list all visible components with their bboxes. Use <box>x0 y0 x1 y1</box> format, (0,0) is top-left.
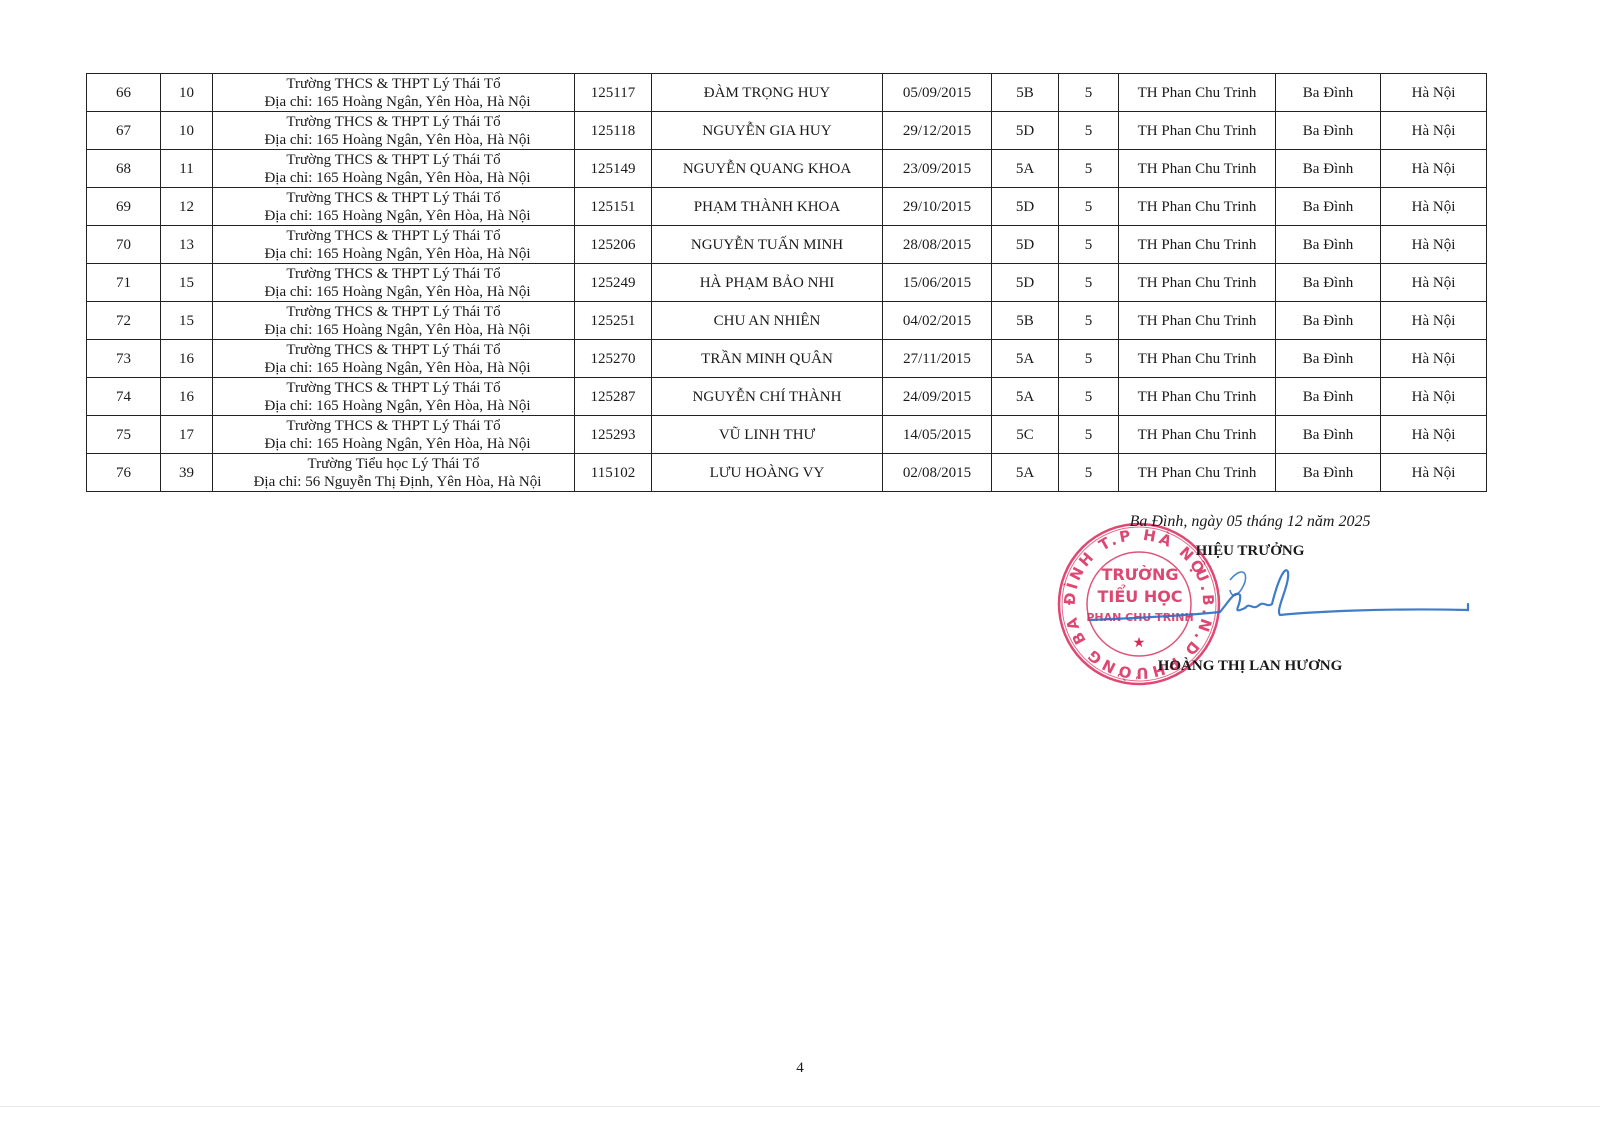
exam-room: 16 <box>161 340 213 378</box>
student-roster-table: 66 10 Trường THCS & THPT Lý Thái Tổ Địa … <box>86 73 1487 492</box>
student-name: NGUYỄN GIA HUY <box>652 112 883 150</box>
province: Hà Nội <box>1381 454 1487 492</box>
primary-school: TH Phan Chu Trinh <box>1119 264 1276 302</box>
class: 5A <box>992 340 1059 378</box>
district: Ba Đình <box>1276 264 1381 302</box>
province: Hà Nội <box>1381 340 1487 378</box>
table-row: 66 10 Trường THCS & THPT Lý Thái Tổ Địa … <box>87 74 1487 112</box>
date-of-birth: 14/05/2015 <box>883 416 992 454</box>
scan-edge <box>0 1106 1600 1107</box>
date-of-birth: 23/09/2015 <box>883 150 992 188</box>
date-of-birth: 27/11/2015 <box>883 340 992 378</box>
row-number: 73 <box>87 340 161 378</box>
date-of-birth: 28/08/2015 <box>883 226 992 264</box>
table-row: 71 15 Trường THCS & THPT Lý Thái Tổ Địa … <box>87 264 1487 302</box>
exam-venue: Trường THCS & THPT Lý Thái Tổ Địa chỉ: 1… <box>213 378 575 416</box>
grade-level: 5 <box>1059 226 1119 264</box>
exam-venue: Trường THCS & THPT Lý Thái Tổ Địa chỉ: 1… <box>213 302 575 340</box>
venue-address: Địa chỉ: 165 Hoàng Ngân, Yên Hòa, Hà Nội <box>213 283 574 301</box>
district: Ba Đình <box>1276 226 1381 264</box>
venue-name: Trường Tiểu học Lý Thái Tổ <box>213 455 574 473</box>
exam-room: 15 <box>161 302 213 340</box>
venue-name: Trường THCS & THPT Lý Thái Tổ <box>213 151 574 169</box>
date-of-birth: 29/10/2015 <box>883 188 992 226</box>
province: Hà Nội <box>1381 112 1487 150</box>
class: 5C <box>992 416 1059 454</box>
page-number: 4 <box>790 1060 810 1077</box>
exam-room: 15 <box>161 264 213 302</box>
class: 5A <box>992 150 1059 188</box>
province: Hà Nội <box>1381 416 1487 454</box>
exam-venue: Trường THCS & THPT Lý Thái Tổ Địa chỉ: 1… <box>213 264 575 302</box>
student-id: 125270 <box>575 340 652 378</box>
province: Hà Nội <box>1381 302 1487 340</box>
table-row: 67 10 Trường THCS & THPT Lý Thái Tổ Địa … <box>87 112 1487 150</box>
district: Ba Đình <box>1276 454 1381 492</box>
student-id: 125117 <box>575 74 652 112</box>
roster-body: 66 10 Trường THCS & THPT Lý Thái Tổ Địa … <box>87 74 1487 492</box>
district: Ba Đình <box>1276 150 1381 188</box>
grade-level: 5 <box>1059 264 1119 302</box>
district: Ba Đình <box>1276 74 1381 112</box>
row-number: 68 <box>87 150 161 188</box>
student-id: 125251 <box>575 302 652 340</box>
student-name: CHU AN NHIÊN <box>652 302 883 340</box>
province: Hà Nội <box>1381 150 1487 188</box>
primary-school: TH Phan Chu Trinh <box>1119 378 1276 416</box>
table-row: 72 15 Trường THCS & THPT Lý Thái Tổ Địa … <box>87 302 1487 340</box>
date-of-birth: 05/09/2015 <box>883 74 992 112</box>
grade-level: 5 <box>1059 74 1119 112</box>
class: 5A <box>992 378 1059 416</box>
date-of-birth: 24/09/2015 <box>883 378 992 416</box>
exam-venue: Trường THCS & THPT Lý Thái Tổ Địa chỉ: 1… <box>213 340 575 378</box>
primary-school: TH Phan Chu Trinh <box>1119 112 1276 150</box>
class: 5D <box>992 226 1059 264</box>
date-of-birth: 02/08/2015 <box>883 454 992 492</box>
table-row: 74 16 Trường THCS & THPT Lý Thái Tổ Địa … <box>87 378 1487 416</box>
signer-title: HIỆU TRƯỞNG <box>1090 543 1410 560</box>
exam-venue: Trường THCS & THPT Lý Thái Tổ Địa chỉ: 1… <box>213 112 575 150</box>
row-number: 66 <box>87 74 161 112</box>
venue-address: Địa chỉ: 165 Hoàng Ngân, Yên Hòa, Hà Nội <box>213 93 574 111</box>
district: Ba Đình <box>1276 378 1381 416</box>
grade-level: 5 <box>1059 378 1119 416</box>
district: Ba Đình <box>1276 112 1381 150</box>
province: Hà Nội <box>1381 74 1487 112</box>
grade-level: 5 <box>1059 150 1119 188</box>
venue-name: Trường THCS & THPT Lý Thái Tổ <box>213 227 574 245</box>
venue-name: Trường THCS & THPT Lý Thái Tổ <box>213 303 574 321</box>
primary-school: TH Phan Chu Trinh <box>1119 302 1276 340</box>
student-name: NGUYỄN TUẤN MINH <box>652 226 883 264</box>
student-name: NGUYỄN QUANG KHOA <box>652 150 883 188</box>
venue-name: Trường THCS & THPT Lý Thái Tổ <box>213 341 574 359</box>
province: Hà Nội <box>1381 226 1487 264</box>
exam-room: 11 <box>161 150 213 188</box>
class: 5D <box>992 188 1059 226</box>
primary-school: TH Phan Chu Trinh <box>1119 454 1276 492</box>
student-name: TRẦN MINH QUÂN <box>652 340 883 378</box>
venue-address: Địa chỉ: 56 Nguyễn Thị Định, Yên Hòa, Hà… <box>213 473 574 491</box>
venue-address: Địa chỉ: 165 Hoàng Ngân, Yên Hòa, Hà Nội <box>213 435 574 453</box>
primary-school: TH Phan Chu Trinh <box>1119 416 1276 454</box>
exam-room: 13 <box>161 226 213 264</box>
student-id: 125149 <box>575 150 652 188</box>
venue-name: Trường THCS & THPT Lý Thái Tổ <box>213 75 574 93</box>
venue-name: Trường THCS & THPT Lý Thái Tổ <box>213 417 574 435</box>
date-of-birth: 15/06/2015 <box>883 264 992 302</box>
province: Hà Nội <box>1381 188 1487 226</box>
student-name: LƯU HOÀNG VY <box>652 454 883 492</box>
signer-name: HOÀNG THỊ LAN HƯƠNG <box>1090 658 1410 675</box>
table-row: 70 13 Trường THCS & THPT Lý Thái Tổ Địa … <box>87 226 1487 264</box>
class: 5B <box>992 74 1059 112</box>
district: Ba Đình <box>1276 302 1381 340</box>
primary-school: TH Phan Chu Trinh <box>1119 150 1276 188</box>
class: 5D <box>992 112 1059 150</box>
venue-name: Trường THCS & THPT Lý Thái Tổ <box>213 189 574 207</box>
grade-level: 5 <box>1059 340 1119 378</box>
date-of-birth: 29/12/2015 <box>883 112 992 150</box>
exam-venue: Trường THCS & THPT Lý Thái Tổ Địa chỉ: 1… <box>213 416 575 454</box>
grade-level: 5 <box>1059 112 1119 150</box>
student-name: VŨ LINH THƯ <box>652 416 883 454</box>
venue-address: Địa chỉ: 165 Hoàng Ngân, Yên Hòa, Hà Nội <box>213 321 574 339</box>
row-number: 67 <box>87 112 161 150</box>
district: Ba Đình <box>1276 340 1381 378</box>
grade-level: 5 <box>1059 302 1119 340</box>
exam-venue: Trường THCS & THPT Lý Thái Tổ Địa chỉ: 1… <box>213 188 575 226</box>
venue-address: Địa chỉ: 165 Hoàng Ngân, Yên Hòa, Hà Nội <box>213 245 574 263</box>
place-date: Ba Đình, ngày 05 tháng 12 năm 2025 <box>1090 513 1410 531</box>
province: Hà Nội <box>1381 378 1487 416</box>
table-row: 69 12 Trường THCS & THPT Lý Thái Tổ Địa … <box>87 188 1487 226</box>
grade-level: 5 <box>1059 454 1119 492</box>
province: Hà Nội <box>1381 264 1487 302</box>
class: 5A <box>992 454 1059 492</box>
primary-school: TH Phan Chu Trinh <box>1119 340 1276 378</box>
row-number: 69 <box>87 188 161 226</box>
table-row: 68 11 Trường THCS & THPT Lý Thái Tổ Địa … <box>87 150 1487 188</box>
student-id: 125249 <box>575 264 652 302</box>
student-id: 125287 <box>575 378 652 416</box>
class: 5D <box>992 264 1059 302</box>
venue-name: Trường THCS & THPT Lý Thái Tổ <box>213 379 574 397</box>
row-number: 75 <box>87 416 161 454</box>
primary-school: TH Phan Chu Trinh <box>1119 188 1276 226</box>
handwritten-signature-icon <box>1080 560 1470 630</box>
row-number: 76 <box>87 454 161 492</box>
exam-room: 17 <box>161 416 213 454</box>
exam-venue: Trường Tiểu học Lý Thái Tổ Địa chỉ: 56 N… <box>213 454 575 492</box>
student-name: PHẠM THÀNH KHOA <box>652 188 883 226</box>
row-number: 71 <box>87 264 161 302</box>
student-name: ĐÀM TRỌNG HUY <box>652 74 883 112</box>
grade-level: 5 <box>1059 188 1119 226</box>
student-id: 125206 <box>575 226 652 264</box>
student-id: 125151 <box>575 188 652 226</box>
document-page: 66 10 Trường THCS & THPT Lý Thái Tổ Địa … <box>0 0 1600 1131</box>
exam-venue: Trường THCS & THPT Lý Thái Tổ Địa chỉ: 1… <box>213 74 575 112</box>
district: Ba Đình <box>1276 188 1381 226</box>
student-id: 125118 <box>575 112 652 150</box>
exam-venue: Trường THCS & THPT Lý Thái Tổ Địa chỉ: 1… <box>213 226 575 264</box>
venue-address: Địa chỉ: 165 Hoàng Ngân, Yên Hòa, Hà Nội <box>213 397 574 415</box>
date-of-birth: 04/02/2015 <box>883 302 992 340</box>
exam-room: 12 <box>161 188 213 226</box>
student-id: 125293 <box>575 416 652 454</box>
exam-room: 10 <box>161 74 213 112</box>
student-id: 115102 <box>575 454 652 492</box>
exam-room: 16 <box>161 378 213 416</box>
table-row: 76 39 Trường Tiểu học Lý Thái Tổ Địa chỉ… <box>87 454 1487 492</box>
venue-name: Trường THCS & THPT Lý Thái Tổ <box>213 113 574 131</box>
table-row: 75 17 Trường THCS & THPT Lý Thái Tổ Địa … <box>87 416 1487 454</box>
exam-room: 10 <box>161 112 213 150</box>
venue-address: Địa chỉ: 165 Hoàng Ngân, Yên Hòa, Hà Nội <box>213 359 574 377</box>
primary-school: TH Phan Chu Trinh <box>1119 74 1276 112</box>
exam-venue: Trường THCS & THPT Lý Thái Tổ Địa chỉ: 1… <box>213 150 575 188</box>
row-number: 72 <box>87 302 161 340</box>
venue-address: Địa chỉ: 165 Hoàng Ngân, Yên Hòa, Hà Nội <box>213 207 574 225</box>
student-name: HÀ PHẠM BẢO NHI <box>652 264 883 302</box>
grade-level: 5 <box>1059 416 1119 454</box>
svg-text:★: ★ <box>1133 636 1146 651</box>
primary-school: TH Phan Chu Trinh <box>1119 226 1276 264</box>
row-number: 70 <box>87 226 161 264</box>
signature-block: U.B.N.D PHƯỜNG BA ĐÌNH T.P HÀ NỘI ★ TRƯỜ… <box>1040 505 1480 715</box>
table-row: 73 16 Trường THCS & THPT Lý Thái Tổ Địa … <box>87 340 1487 378</box>
venue-address: Địa chỉ: 165 Hoàng Ngân, Yên Hòa, Hà Nội <box>213 131 574 149</box>
district: Ba Đình <box>1276 416 1381 454</box>
venue-address: Địa chỉ: 165 Hoàng Ngân, Yên Hòa, Hà Nội <box>213 169 574 187</box>
class: 5B <box>992 302 1059 340</box>
venue-name: Trường THCS & THPT Lý Thái Tổ <box>213 265 574 283</box>
row-number: 74 <box>87 378 161 416</box>
exam-room: 39 <box>161 454 213 492</box>
student-name: NGUYỄN CHÍ THÀNH <box>652 378 883 416</box>
